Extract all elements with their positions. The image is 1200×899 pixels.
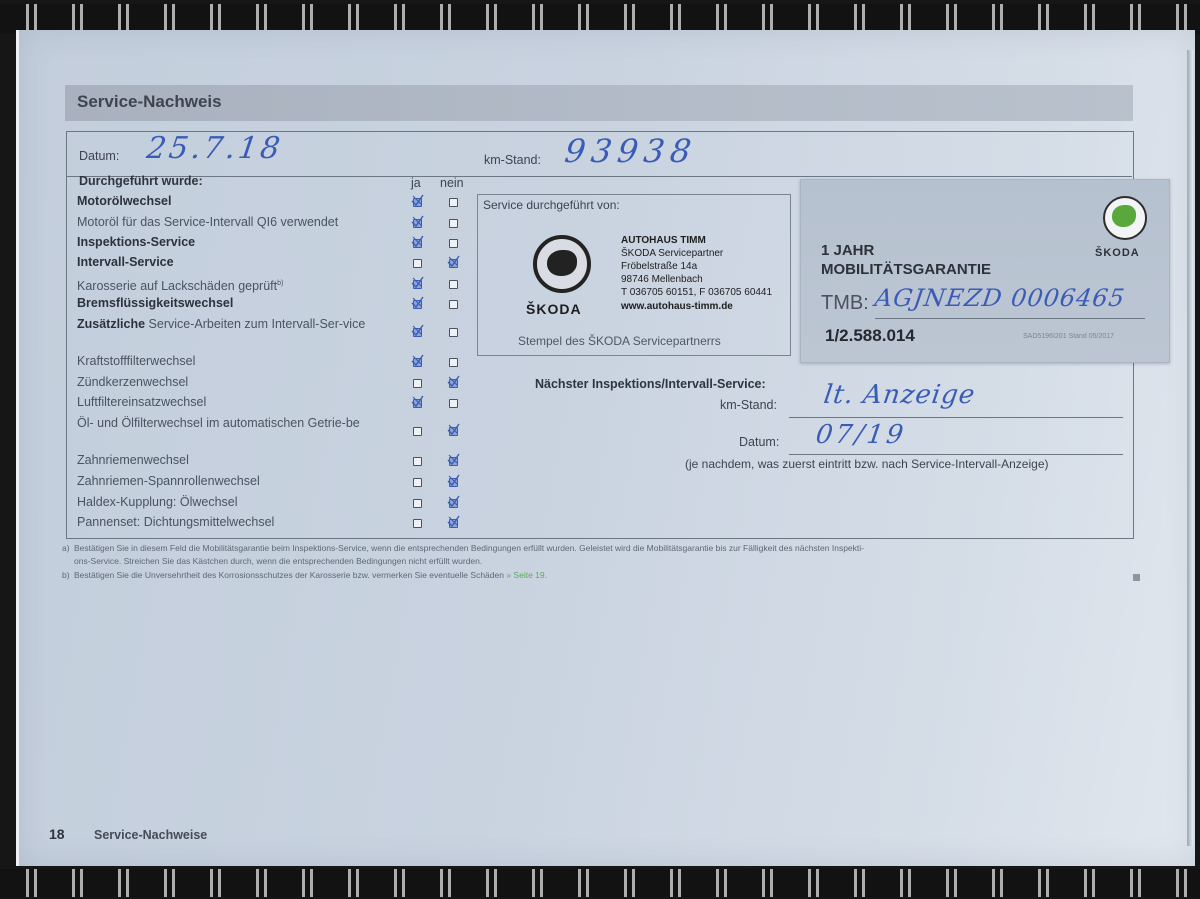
checkbox-nein[interactable]	[449, 300, 458, 309]
checklist-item: Bremsflüssigkeitswechsel	[77, 296, 397, 311]
check-mark-icon	[410, 323, 424, 337]
footnote-a-mark: a)	[62, 543, 70, 553]
tmb-underline	[875, 318, 1145, 319]
footnote-b-mark: b)	[62, 570, 70, 580]
checklist-item-label: Zahnriemenwechsel	[77, 453, 189, 467]
checkbox-nein[interactable]	[449, 399, 458, 408]
checklist-item: Motorölwechsel	[77, 194, 397, 209]
checklist-item-label: Karosserie auf Lackschäden geprüft	[77, 279, 277, 293]
page-edge	[1187, 50, 1193, 846]
checkbox-nein[interactable]	[449, 280, 458, 289]
stamp-brand: ŠKODA	[526, 301, 582, 317]
checkbox-nein[interactable]	[449, 219, 458, 228]
dealer-stamp-box: Service durchgeführt von: ŠKODA AUTOHAUS…	[477, 194, 791, 356]
checklist-item-label: Bremsflüssigkeitswechsel	[77, 296, 233, 310]
checklist-item-label: Intervall-Service	[77, 255, 174, 269]
check-mark-icon	[446, 452, 460, 466]
checkbox-nein[interactable]	[449, 239, 458, 248]
checkbox-nein[interactable]	[449, 358, 458, 367]
checklist-item: Zahnriemen-Spannrollenwechsel	[77, 474, 397, 489]
checklist-item: Haldex-Kupplung: Ölwechsel	[77, 495, 397, 510]
dealer-name: AUTOHAUS TIMM	[621, 235, 706, 246]
stamp-header: Service durchgeführt von:	[483, 198, 620, 212]
column-yes: ja	[411, 176, 421, 190]
check-mark-icon	[410, 234, 424, 248]
checklist-item: Kraftstofffilterwechsel	[77, 354, 397, 369]
dealer-phone: T 036705 60151, F 036705 60441	[621, 287, 772, 298]
section-title: Service-Nachweis	[77, 92, 222, 112]
performed-label: Durchgeführt wurde:	[79, 174, 203, 188]
checklist-item-label: Haldex-Kupplung: Ölwechsel	[77, 495, 238, 509]
skoda-green-logo-icon	[1103, 196, 1147, 240]
check-mark-icon	[446, 494, 460, 508]
check-mark-icon	[410, 193, 424, 207]
checklist-item-label: Zündkerzenwechsel	[77, 375, 188, 389]
end-marker-icon	[1133, 574, 1140, 581]
guarantee-brand: ŠKODA	[1095, 247, 1140, 259]
checklist-item: Inspektions-Service	[77, 235, 397, 250]
checklist-item-label: Pannenset: Dichtungsmittelwechsel	[77, 515, 274, 529]
checklist-item-label: Öl- und Ölfilterwechsel im automatischen…	[77, 416, 360, 430]
guarantee-number: 1/2.588.014	[825, 326, 915, 346]
check-mark-icon	[410, 275, 424, 289]
checkbox-ja[interactable]	[413, 379, 422, 388]
footnote-a-line2: ons-Service. Streichen Sie das Kästchen …	[74, 556, 482, 566]
check-mark-icon	[410, 214, 424, 228]
stamp-caption: Stempel des ŠKODA Servicepartnerrs	[518, 334, 721, 348]
checkbox-nein[interactable]	[449, 198, 458, 207]
checkbox-ja[interactable]	[413, 457, 422, 466]
check-mark-icon	[446, 514, 460, 528]
check-mark-icon	[410, 394, 424, 408]
next-date-label: Datum:	[739, 435, 779, 449]
checklist-item-label: Luftfiltereinsatzwechsel	[77, 395, 206, 409]
dealer-city: 98746 Mellenbach	[621, 274, 703, 285]
checklist-item-bold-label: Zusätzliche	[77, 317, 145, 331]
guarantee-line1: 1 JAHR	[821, 242, 874, 259]
next-km-value[interactable]: lt. Anzeige	[822, 380, 977, 410]
check-mark-icon	[410, 353, 424, 367]
checklist-item: Öl- und Ölfilterwechsel im automatischen…	[77, 416, 397, 431]
next-km-label: km-Stand:	[720, 398, 777, 412]
checklist-item-label: Service-Arbeiten zum Intervall-Ser-vice	[145, 317, 365, 331]
skoda-logo-icon	[533, 235, 591, 293]
guarantee-code: SAD5196I201 Stand 05/2017	[1023, 333, 1114, 340]
km-value[interactable]: 93938	[562, 132, 699, 170]
next-service-note: (je nachdem, was zuerst eintritt bzw. na…	[685, 457, 1049, 471]
footnote-ref: b)	[277, 280, 283, 287]
next-service-title: Nächster Inspektions/Intervall-Service:	[535, 377, 766, 391]
check-mark-icon	[446, 422, 460, 436]
next-date-underline	[789, 454, 1123, 455]
checklist-item: Pannenset: Dichtungsmittelwechsel	[77, 515, 397, 530]
datum-label: Datum:	[79, 149, 119, 163]
tmb-label: TMB:	[821, 292, 869, 315]
booklet-page: Service-Nachweis Datum: 25.7.18 km-Stand…	[16, 30, 1195, 866]
km-label: km-Stand:	[484, 153, 541, 167]
checklist-item-label: Kraftstofffilterwechsel	[77, 354, 195, 368]
chapter-title: Service-Nachweise	[94, 828, 207, 842]
checkbox-ja[interactable]	[413, 259, 422, 268]
checklist-item: Zusätzliche Service-Arbeiten zum Interva…	[77, 317, 397, 332]
check-mark-icon	[446, 473, 460, 487]
check-mark-icon	[446, 254, 460, 268]
checklist-item: Zündkerzenwechsel	[77, 375, 397, 390]
tmb-value[interactable]: AGJNEZD 0006465	[873, 284, 1127, 312]
checklist-item-label: Motorölwechsel	[77, 194, 171, 208]
next-km-underline	[789, 417, 1123, 418]
datum-value[interactable]: 25.7.18	[145, 131, 285, 166]
dealer-website: www.autohaus-timm.de	[621, 301, 733, 312]
checklist-item: Intervall-Service	[77, 255, 397, 270]
datum-row-divider	[66, 176, 1132, 177]
section-header: Service-Nachweis	[65, 85, 1133, 121]
checklist-item: Zahnriemenwechsel	[77, 453, 397, 468]
checklist-item: Karosserie auf Lackschäden geprüftb)	[77, 276, 397, 294]
checklist-item-label: Inspektions-Service	[77, 235, 195, 249]
page-number: 18	[49, 826, 65, 842]
mobility-guarantee-card: 1 JAHR MOBILITÄTSGARANTIE ŠKODA TMB: AGJ…	[800, 179, 1170, 363]
checkbox-ja[interactable]	[413, 427, 422, 436]
footnote-a-line1: Bestätigen Sie in diesem Feld die Mobili…	[74, 543, 864, 553]
check-mark-icon	[446, 374, 460, 388]
guarantee-line2: MOBILITÄTSGARANTIE	[821, 261, 991, 278]
dealer-street: Fröbelstraße 14a	[621, 261, 697, 272]
checklist-item-label: Motoröl für das Service-Intervall QI6 ve…	[77, 215, 338, 229]
footnote-b-text: Bestätigen Sie die Unversehrtheit des Ko…	[74, 570, 504, 580]
check-mark-icon	[410, 295, 424, 309]
checklist-item: Motoröl für das Service-Intervall QI6 ve…	[77, 215, 397, 230]
checkbox-nein[interactable]	[449, 328, 458, 337]
checkbox-ja[interactable]	[413, 478, 422, 487]
dealer-role: ŠKODA Servicepartner	[621, 248, 723, 259]
checklist-item: Luftfiltereinsatzwechsel	[77, 395, 397, 410]
checkbox-ja[interactable]	[413, 499, 422, 508]
footnote-b-line: Bestätigen Sie die Unversehrtheit des Ko…	[74, 570, 547, 580]
background-fabric-bottom	[0, 869, 1200, 897]
next-date-value[interactable]: 07/19	[814, 420, 908, 450]
checkbox-ja[interactable]	[413, 519, 422, 528]
column-no: nein	[440, 176, 464, 190]
page-19-link[interactable]: » Seite 19.	[506, 570, 547, 580]
checklist-item-label: Zahnriemen-Spannrollenwechsel	[77, 474, 260, 488]
